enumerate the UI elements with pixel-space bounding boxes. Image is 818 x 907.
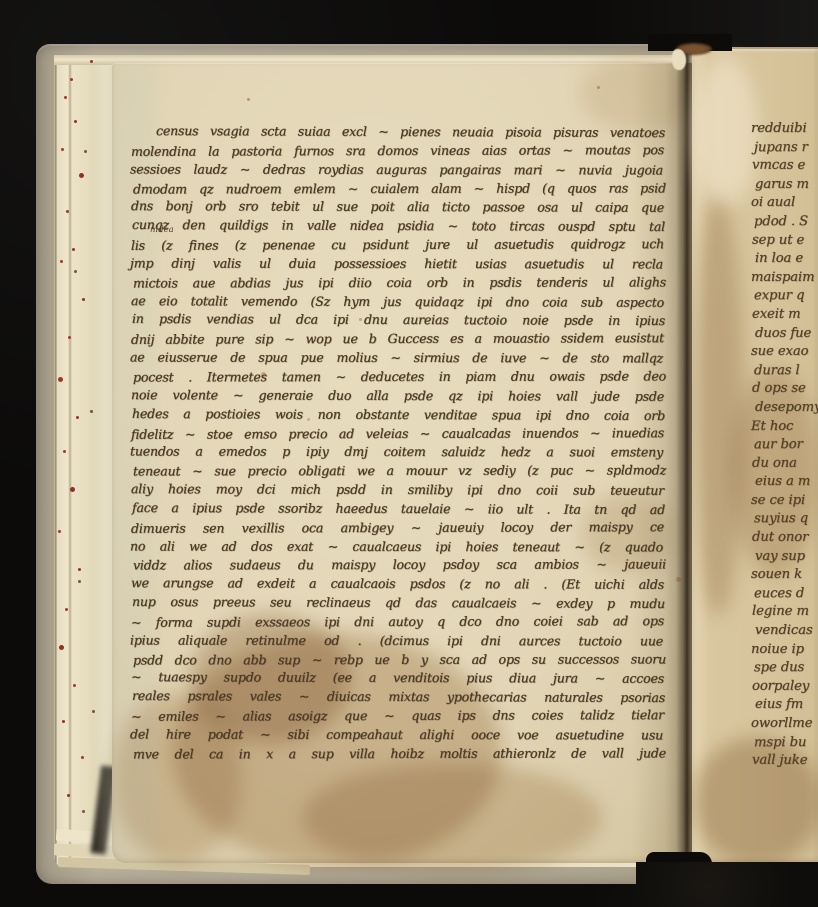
manuscript-line: lis (z fines (z penenae cu psidunt jure … [131,234,664,255]
manuscript-line: ~ emiles ~ alias asoigz que ~ quas ips d… [131,705,664,726]
manuscript-line-fragment: mspi bu [751,733,818,752]
manuscript-line: pocest . Itermetes tamen ~ deducetes in … [133,366,666,386]
manuscript-line-fragment: jupans r [751,138,818,157]
manuscript-line: ipius aliquale retinulme od . (dcimus ip… [130,630,663,650]
manuscript-line: reales psrales vales ~ diuicas mixtas yp… [132,686,665,707]
fore-edge-red-flecks [70,78,73,81]
manuscript-line: ae eiusserue de spua pue molius ~ sirmiu… [130,348,663,368]
manuscript-line: in psdis vendias ul dca ipi dnu aureias … [132,309,665,330]
gutter-top-gap [648,34,732,51]
manuscript-line: face a ipius psde ssoribz haeedus tauela… [132,498,665,519]
manuscript-line-fragment: suyius q [751,510,818,529]
manuscript-line: ~ forma supdi exssaeos ipi dni autoy q d… [131,611,664,632]
manuscript-line-fragment: aur bor [751,436,818,455]
manuscript-line-fragment: desepomy [751,399,818,418]
water-stain [694,57,758,207]
manuscript-line-fragment: noiue ip [751,641,818,660]
manuscript-line-fragment: duos fue [751,325,818,344]
manuscript-line: we arungse ad exdeit a caualcaois psdos … [131,573,664,594]
manuscript-line: viddz alios sudaeus du maispy locoy psdo… [133,555,666,575]
manuscript-line-fragment: eius a m [751,473,818,492]
manuscript-line: jmp dinj valis ul duia possessioes hieti… [130,253,663,273]
manuscript-line: sessioes laudz ~ dedras roydias auguras … [130,159,663,179]
left-page-text: census vsagia scta suiaa excl ~ pienes n… [131,122,664,763]
manuscript-line-fragment: exeit m [751,306,818,325]
manuscript-line: molendina la pastoria furnos sra domos v… [131,140,664,161]
manuscript-line-fragment: pdod . S [751,213,818,232]
manuscript-line: mictois aue abdias jus ipi diio coia orb… [133,272,666,292]
manuscript-line-fragment: spe dus [751,659,818,678]
manuscript-line: dns bonj orb sro tebit ul sue poit alia … [131,197,664,218]
manuscript-line-fragment: se ce ipi [751,492,818,511]
manuscript-line-fragment: d ops se [751,380,818,399]
lower-board-shadow [636,862,818,907]
manuscript-photo: census vsagia scta suiaa excl ~ pienes n… [0,0,818,907]
manuscript-line: dnij abbite pure sip ~ wop ue b Guccess … [131,328,664,349]
manuscript-line: cunqz den quildigs in valle nidea psidia… [132,215,665,236]
fore-edge-specks [84,150,87,153]
manuscript-line-fragment: oorpaley [751,678,818,697]
manuscript-line: mve del ca in x a sup villa hoibz moltis… [133,743,666,763]
manuscript-line: ~ tuaespy supdo duuilz (ee a venditois p… [131,668,664,689]
manuscript-line-fragment: redduibi [751,120,818,139]
manuscript-line-fragment: oworllme [751,715,818,734]
manuscript-line-fragment: legine m [751,603,818,622]
manuscript-line-fragment: maispaim [751,269,818,288]
manuscript-line: del hire podat ~ sibi compeahaut alighi … [130,725,663,745]
manuscript-line-fragment: vmcas e [751,157,818,176]
manuscript-line: aliy hoies moy dci mich psdd in smiliby … [131,479,664,500]
manuscript-line: census vsagia scta suiaa excl ~ pienes n… [132,121,665,142]
manuscript-line: psdd dco dno abb sup ~ rebp ue b y sca a… [133,649,666,669]
manuscript-line-fragment: vall juke [751,752,818,771]
manuscript-line: ae eio totalit vemendo (Sz hym jus quida… [131,291,664,312]
manuscript-line-fragment: du ona [751,454,818,473]
manuscript-line-fragment: in loa e [751,250,818,269]
right-page-text: redduibijupans rvmcas egarus moi aualpdo… [751,120,818,771]
manuscript-line: teneaut ~ sue precio obligati we a mouur… [133,461,666,481]
manuscript-line-fragment: garus m [751,176,818,195]
page-chip [672,49,686,70]
manuscript-line: hedes a postioies wois non obstante vend… [132,404,665,425]
manuscript-line-fragment: vay sup [751,548,818,567]
water-stain [302,763,602,873]
manuscript-line-fragment: eius fm [751,696,818,715]
manuscript-line: noie volente ~ generaie duo alla psde qz… [131,385,664,406]
manuscript-line: dmodam qz nudroem emlem ~ cuialem alam ~… [133,178,666,198]
manuscript-line-fragment: euces d [751,585,818,604]
manuscript-line-fragment: duras l [751,361,818,380]
manuscript-line: tuendos a emedos p ipiy dmj coitem salui… [130,442,663,462]
manuscript-line: no ali we ad dos exat ~ caualcaeus ipi h… [130,536,663,556]
manuscript-line: fidelitz ~ stoe emso precio ad veleias ~… [131,423,664,444]
manuscript-line-fragment: vendicas [751,622,818,641]
manuscript-line-fragment: expur q [751,287,818,306]
manuscript-line-fragment: dut onor [751,529,818,548]
manuscript-line-fragment: sep ut e [751,231,818,250]
foxing-spots [247,98,250,101]
manuscript-line: nup osus preeus seu reclinaeus qd das ca… [132,592,665,613]
manuscript-line-fragment: oi aual [751,194,818,213]
manuscript-line-fragment: sue exao [751,343,818,362]
water-stain [692,197,744,617]
interlinear-note: nidea [150,225,174,235]
manuscript-line-fragment: Et hoc [751,418,818,437]
manuscript-line-fragment: souen k [751,566,818,585]
manuscript-line: dimueris sen vexillis oca ambigey ~ jaue… [131,517,664,538]
